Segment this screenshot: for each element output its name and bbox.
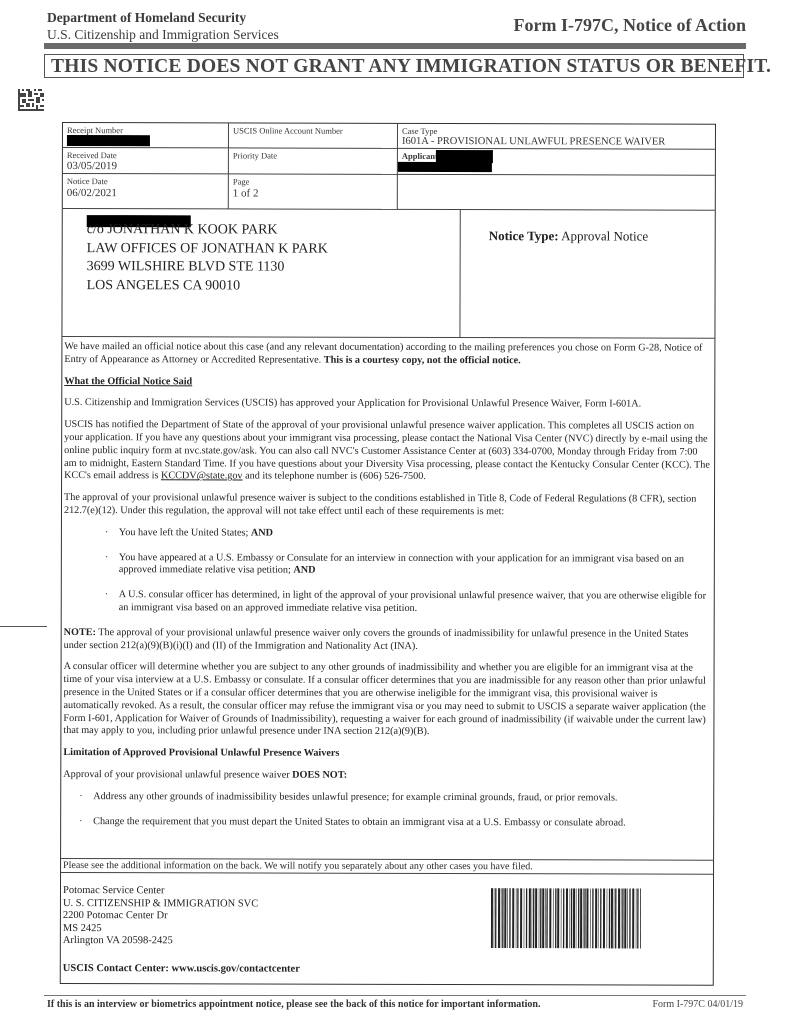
case-type-value: I601A - PROVISIONAL UNLAWFUL PRESENCE WA… <box>402 136 665 148</box>
priority-date-cell: Priority Date <box>229 148 398 174</box>
notice-type-value: Approval Notice <box>561 228 648 243</box>
conditions-paragraph: The approval of your provisional unlawfu… <box>64 492 712 519</box>
notice-type-label: Notice Type: <box>489 228 559 243</box>
limitation-item: Address any other grounds of inadmissibi… <box>93 791 711 805</box>
requirement-item: A U.S. consular officer has determined, … <box>119 589 712 616</box>
online-account-label: USCIS Online Account Number <box>233 125 343 135</box>
received-date-cell: Received Date 03/05/2019 <box>63 148 229 174</box>
page-label: Page <box>233 176 250 186</box>
page-cell: Page 1 of 2 <box>229 174 398 209</box>
additional-info-note: Please see the additional information on… <box>61 858 713 875</box>
received-date-label: Received Date <box>67 150 117 160</box>
notice-form: Receipt Number USCIS Online Account Numb… <box>60 122 716 986</box>
notice-type: Notice Type: Approval Notice <box>489 228 649 244</box>
margin-mark <box>0 626 47 627</box>
case-type-label: Case Type <box>402 126 437 136</box>
address-line: LAW OFFICES OF JONATHAN K PARK <box>87 240 328 259</box>
applicant-cell: Applicant <box>398 149 715 176</box>
kcc-email-link[interactable]: KCCDV@state.gov <box>161 471 243 482</box>
priority-date-label: Priority Date <box>233 150 277 160</box>
notice-date-label: Notice Date <box>67 176 108 186</box>
approval-paragraph: U.S. Citizenship and Immigration Service… <box>64 397 712 411</box>
agency-name: Department of Homeland Security <box>47 10 246 26</box>
contact-center-link[interactable]: USCIS Contact Center: www.uscis.gov/cont… <box>63 963 300 975</box>
service-center-line: Arlington VA 20598-2425 <box>63 935 258 948</box>
limitation-heading: Limitation of Approved Provisional Unlaw… <box>63 747 711 761</box>
form-title: Form I-797C, Notice of Action <box>514 15 746 36</box>
receipt-number-label: Receipt Number <box>67 125 123 135</box>
footer-notice: If this is an interview or biometrics ap… <box>47 999 540 1010</box>
case-type-cell: Case Type I601A - PROVISIONAL UNLAWFUL P… <box>398 124 715 150</box>
redacted-receipt-number <box>67 135 150 146</box>
status-warning-text: THIS NOTICE DOES NOT GRANT ANY IMMIGRATI… <box>51 56 771 78</box>
receipt-number-cell: Receipt Number <box>63 123 229 148</box>
note-paragraph: NOTE: The approval of your provisional u… <box>64 627 712 654</box>
notice-body: We have mailed an official notice about … <box>63 341 712 842</box>
address-line: c/o JONATHAN K KOOK PARK <box>87 221 328 240</box>
footer-divider <box>44 995 746 996</box>
service-center-address: Potomac Service Center U. S. CITIZENSHIP… <box>63 885 258 948</box>
footer-form-id: Form I-797C 04/01/19 <box>652 999 743 1010</box>
status-warning-box: THIS NOTICE DOES NOT GRANT ANY IMMIGRATI… <box>44 54 744 78</box>
redacted-applicant-id <box>398 162 492 172</box>
online-account-cell: USCIS Online Account Number <box>229 123 398 148</box>
blank-cell <box>398 175 715 211</box>
recipient-address: c/o JONATHAN K KOOK PARK LAW OFFICES OF … <box>87 221 328 296</box>
intro-paragraph: We have mailed an official notice about … <box>64 341 712 368</box>
datamatrix-code-icon <box>18 89 44 111</box>
requirement-item: You have left the United States; AND <box>119 527 712 541</box>
address-line: LOS ANGELES CA 90010 <box>87 277 328 296</box>
limitation-intro: Approval of your provisional unlawful pr… <box>63 769 711 783</box>
nvc-paragraph: USCIS has notified the Department of Sta… <box>64 419 712 485</box>
courtesy-copy-note: This is a courtesy copy, not the officia… <box>324 354 521 366</box>
notice-date-cell: Notice Date 06/02/2021 <box>63 174 229 209</box>
barcode-icon <box>491 888 641 948</box>
service-center-line: 2200 Potomac Center Dr <box>63 910 258 923</box>
page-value: 1 of 2 <box>233 187 259 199</box>
section-heading: What the Official Notice Said <box>64 376 712 390</box>
applicant-label: Applicant <box>402 151 438 161</box>
consular-paragraph: A consular officer will determine whethe… <box>63 661 711 739</box>
service-center-line: MS 2425 <box>63 923 258 936</box>
requirement-item: You have appeared at a U.S. Embassy or C… <box>119 552 712 579</box>
notice-date-value: 06/02/2021 <box>67 187 117 199</box>
service-center-line: U. S. CITIZENSHIP & IMMIGRATION SVC <box>63 898 258 911</box>
service-center-line: Potomac Service Center <box>63 885 258 898</box>
address-line: 3699 WILSHIRE BLVD STE 1130 <box>87 258 328 277</box>
header-divider <box>44 43 746 49</box>
limitation-item: Change the requirement that you must dep… <box>93 816 711 830</box>
received-date-value: 03/05/2019 <box>67 160 117 172</box>
agency-subname: U.S. Citizenship and Immigration Service… <box>47 27 279 43</box>
